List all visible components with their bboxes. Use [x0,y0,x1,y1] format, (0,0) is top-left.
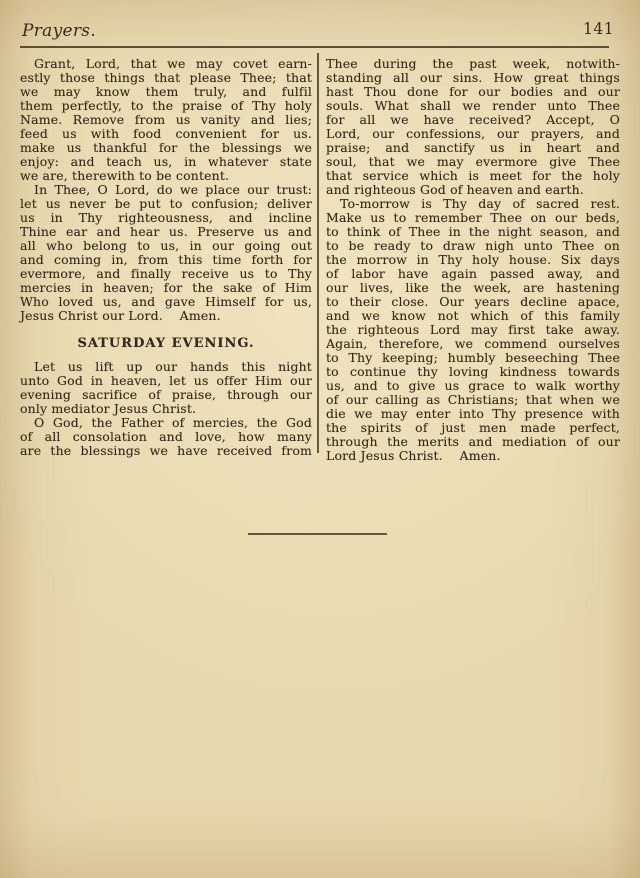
paragraph: O God, the Father of mercies, the Godof … [20,416,312,458]
text-line: Grant, Lord, that we may covet earn- [20,57,312,71]
text-line: standing all our sins. How great things [326,71,620,85]
text-line: unto God in heaven, let us offer Him our [20,374,312,388]
text-line: O God, the Father of mercies, the God [20,416,312,430]
text-line: mercies in heaven; for the sake of Him [20,281,312,295]
paragraph: In Thee, O Lord, do we place our trust:l… [20,183,312,323]
section-separator-rule [248,533,387,535]
right-text-column: Thee during the past week, notwith-stand… [326,57,620,463]
text-line: us, and to give us grace to walk worthy [326,379,620,393]
text-line: To-morrow is Thy day of sacred rest. [326,197,620,211]
text-line: evermore, and finally receive us to Thy [20,267,312,281]
page-number: 141 [583,20,614,38]
text-line: for all we have received? Accept, O [326,113,620,127]
text-line: enjoy: and teach us, in whatever state [20,155,312,169]
text-line: to be ready to draw nigh unto Thee on [326,239,620,253]
text-line: the righteous Lord may first take away. [326,323,620,337]
text-line: praise; and sanctify us in heart and [326,141,620,155]
text-line: Lord Jesus Christ. Amen. [326,449,620,463]
text-line: to think of Thee in the night season, an… [326,225,620,239]
text-line: let us never be put to confusion; delive… [20,197,312,211]
text-line: and coming in, from this time forth for [20,253,312,267]
text-line: Lord, our confessions, our prayers, and [326,127,620,141]
paragraph: Thee during the past week, notwith-stand… [326,57,620,197]
text-line: feed us with food convenient for us. [20,127,312,141]
text-line: Let us lift up our hands this night [20,360,312,374]
text-line: estly those things that please Thee; tha… [20,71,312,85]
header-rule [20,46,609,48]
section-heading: SATURDAY EVENING. [20,335,312,352]
text-line: make us thankful for the blessings we [20,141,312,155]
text-line: only mediator Jesus Christ. [20,402,312,416]
text-line: them perfectly, to the praise of Thy hol… [20,99,312,113]
text-line: soul, that we may evermore give Thee [326,155,620,169]
text-line: that service which is meet for the holy [326,169,620,183]
text-line: die we may enter into Thy presence with [326,407,620,421]
text-line: Again, therefore, we commend ourselves [326,337,620,351]
text-line: Thee during the past week, notwith- [326,57,620,71]
text-line: In Thee, O Lord, do we place our trust: [20,183,312,197]
text-line: Make us to remember Thee on our beds, [326,211,620,225]
text-line: we are, therewith to be content. [20,169,312,183]
text-line: the spirits of just men made perfect, [326,421,620,435]
paragraph: Grant, Lord, that we may covet earn-estl… [20,57,312,183]
text-line: to continue thy loving kindness towards [326,365,620,379]
text-line: and we know not which of this family [326,309,620,323]
text-line: to Thy keeping; humbly beseeching Thee [326,351,620,365]
text-line: all who belong to us, in our going out [20,239,312,253]
text-line: of our calling as Christians; that when … [326,393,620,407]
text-line: Jesus Christ our Lord. Amen. [20,309,312,323]
text-line: souls. What shall we render unto Thee [326,99,620,113]
text-line: the morrow in Thy holy house. Six days [326,253,620,267]
text-line: of all consolation and love, how many [20,430,312,444]
text-line: through the merits and mediation of our [326,435,620,449]
text-line: evening sacrifice of praise, through our [20,388,312,402]
running-header-title: Prayers. [22,21,96,41]
text-line: are the blessings we have received from [20,444,312,458]
text-line: to their close. Our years decline apace, [326,295,620,309]
text-line: our lives, like the week, are hastening [326,281,620,295]
text-line: of labor have again passed away, and [326,267,620,281]
paragraph: Let us lift up our hands this nightunto … [20,360,312,416]
text-line: us in Thy righteousness, and incline [20,211,312,225]
text-line: Name. Remove from us vanity and lies; [20,113,312,127]
text-line: we may know them truly, and fulfil [20,85,312,99]
book-page: Prayers. 141 Grant, Lord, that we may co… [0,0,640,878]
text-line: Thine ear and hear us. Preserve us and [20,225,312,239]
left-text-column: Grant, Lord, that we may covet earn-estl… [20,57,312,458]
text-line: hast Thou done for our bodies and our [326,85,620,99]
column-divider-rule [317,53,319,453]
text-line: and righteous God of heaven and earth. [326,183,620,197]
paragraph: To-morrow is Thy day of sacred rest.Make… [326,197,620,463]
text-line: Who loved us, and gave Himself for us, [20,295,312,309]
